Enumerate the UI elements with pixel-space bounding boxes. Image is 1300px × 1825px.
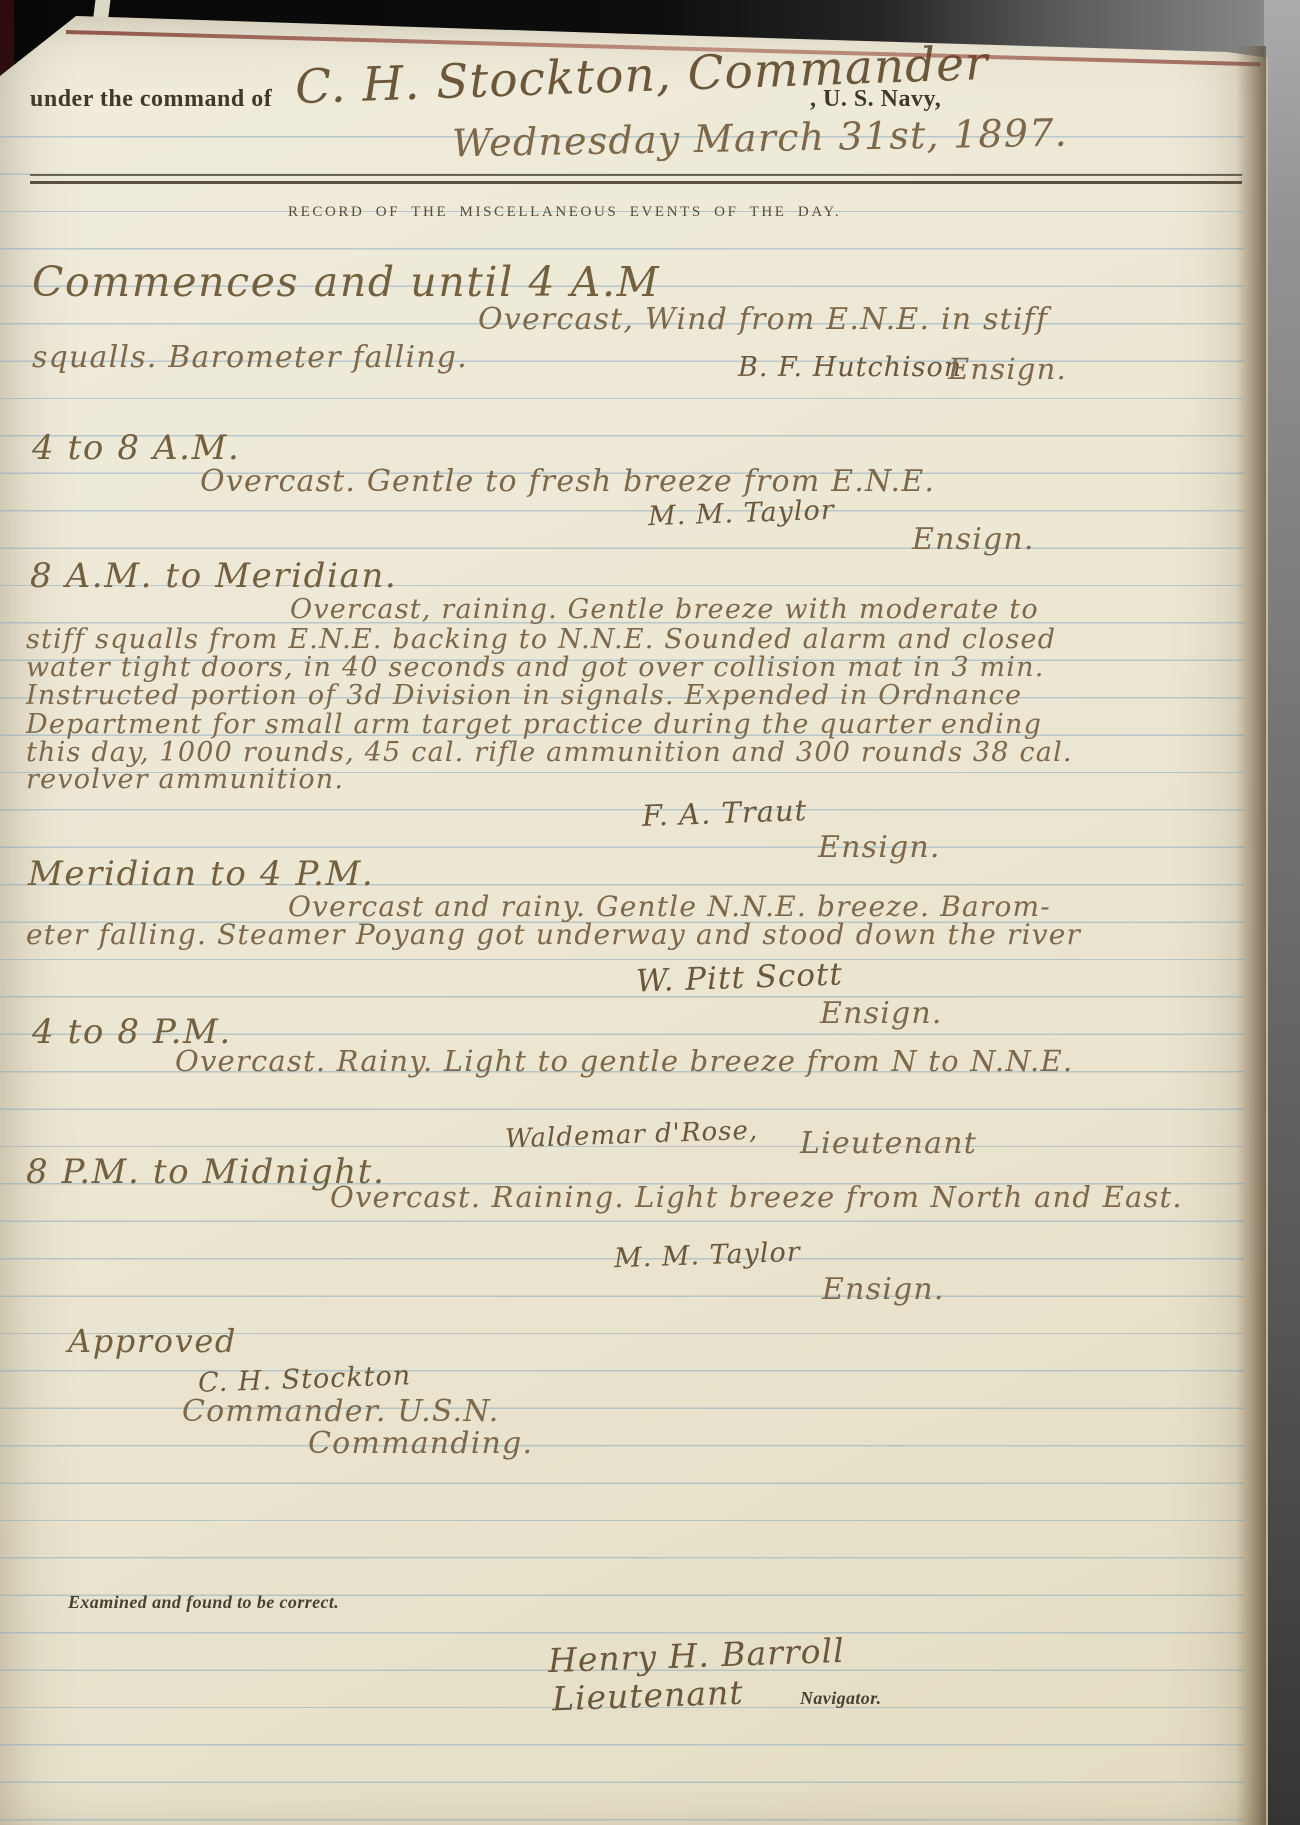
entry-3-line-7: revolver ammunition. [26,764,344,795]
entry-6-rank: Ensign. [822,1272,945,1307]
entry-1-signature: B. F. Hutchison [738,352,962,383]
entry-3-rank: Ensign. [818,830,941,865]
entry-2-rank: Ensign. [912,522,1035,557]
entry-3-line-2: stiff squalls from E.N.E. backing to N.N… [26,624,1056,655]
entry-1-line-1: Overcast, Wind from E.N.E. in stiff [478,302,1048,337]
entry-1-time-label: Commences and until 4 A.M [32,258,660,306]
entry-3-line-1: Overcast, raining. Gentle breeze with mo… [290,594,1039,625]
entry-2-line-1: Overcast. Gentle to fresh breeze from E.… [200,464,935,499]
entry-5-line-1: Overcast. Rainy. Light to gentle breeze … [175,1044,1073,1078]
header-divider-rule [30,174,1242,184]
page-right-edge-shadow [1236,46,1266,1825]
entry-1-rank: Ensign. [948,352,1067,386]
entry-3-line-3: water tight doors, in 40 seconds and got… [26,652,1045,683]
entry-3-time-label: 8 A.M. to Meridian. [30,556,397,596]
logbook-page: under the command of C. H. Stockton, Com… [0,0,1268,1825]
approval-title-line: Commander. U.S.N. [182,1394,500,1429]
entry-6-line-1: Overcast. Raining. Light breeze from Nor… [330,1180,1183,1214]
approval-label: Approved [68,1322,237,1360]
record-section-title: RECORD OF THE MISCELLANEOUS EVENTS OF TH… [288,204,841,221]
entry-1-line-2: squalls. Barometer falling. [32,340,468,375]
examined-note: Examined and found to be correct. [68,1592,339,1613]
entry-5-rank: Lieutenant [800,1126,977,1161]
entry-4-time-label: Meridian to 4 P.M. [28,854,374,894]
navigator-printed-label: Navigator. [800,1688,882,1709]
entry-4-signature: W. Pitt Scott [635,956,843,999]
command-prefix-text: under the command of [30,86,272,113]
entry-3-line-5: Department for small arm target practice… [26,709,1042,740]
entry-2-signature: M. M. Taylor [648,495,836,532]
entry-3-line-4: Instructed portion of 3d Division in sig… [26,680,1022,711]
entry-2-time-label: 4 to 8 A.M. [32,428,240,468]
scan-background-right [1264,0,1300,1825]
us-navy-text: , U. S. Navy, [810,86,941,113]
approval-commanding-line: Commanding. [308,1426,533,1461]
entry-4-rank: Ensign. [820,996,943,1031]
scanned-logbook-screenshot: { "colors": { "paper": "#ede8d4", "handw… [0,0,1300,1825]
navigator-rank: Lieutenant [551,1673,744,1719]
entry-4-line-2: eter falling. Steamer Poyang got underwa… [26,918,1081,951]
entry-3-signature: F. A. Traut [641,793,807,833]
entry-6-signature: M. M. Taylor [614,1237,802,1274]
